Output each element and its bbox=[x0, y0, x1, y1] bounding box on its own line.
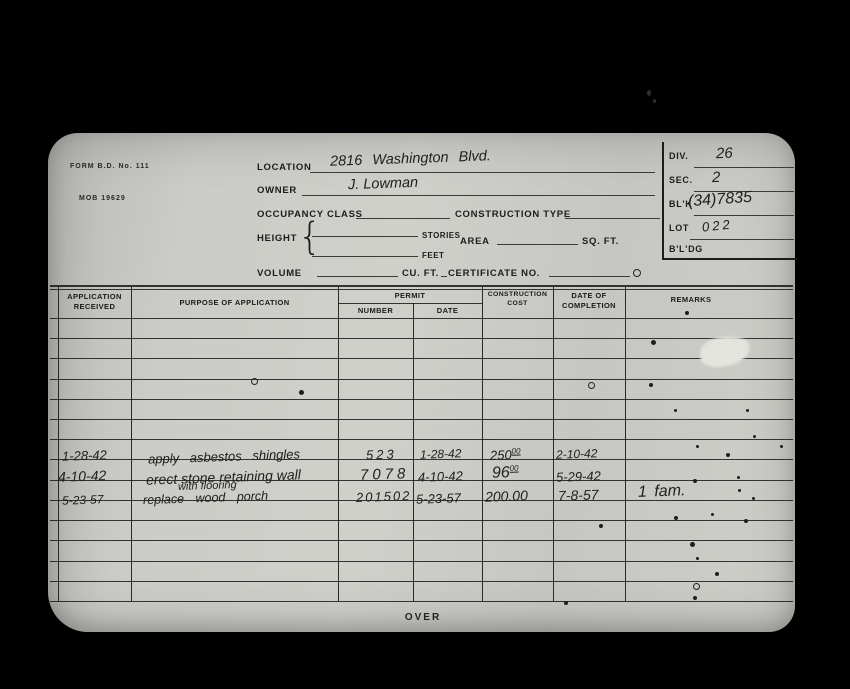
col-header-purpose: PURPOSE OF APPLICATION bbox=[131, 298, 338, 308]
table-vline bbox=[131, 287, 132, 601]
over-label: OVER bbox=[368, 612, 478, 623]
location-underline bbox=[310, 172, 655, 173]
row-rule bbox=[50, 338, 793, 339]
row-rule bbox=[50, 520, 793, 521]
col-header-permit: PERMIT bbox=[338, 291, 482, 301]
entry-permit-number: 7078 bbox=[360, 465, 410, 484]
certificate-underline bbox=[549, 276, 630, 277]
location-value: 2816 Washington Blvd. bbox=[330, 148, 491, 170]
entry-permit-date: 5-23-57 bbox=[416, 490, 461, 507]
entry-cost: 25000 bbox=[490, 446, 521, 462]
row-rule bbox=[50, 358, 793, 359]
table-top-rule2 bbox=[50, 289, 793, 290]
scan-blotch bbox=[698, 334, 752, 370]
row-rule bbox=[50, 419, 793, 420]
dust-speck bbox=[752, 497, 755, 500]
entry-permit-number: 523 bbox=[366, 446, 397, 462]
table-vline bbox=[58, 287, 59, 601]
entry-permit-date: 1-28-42 bbox=[420, 446, 462, 461]
table-top-rule bbox=[50, 285, 793, 287]
dust-speck bbox=[715, 572, 719, 576]
row-rule bbox=[50, 561, 793, 562]
dust-speck bbox=[746, 409, 749, 412]
area-label: AREA bbox=[460, 236, 490, 247]
permit-card: FORM B.D. No. 111 MOB 19629 LOCATION 281… bbox=[48, 133, 795, 632]
entry-cost: 200.00 bbox=[485, 487, 528, 504]
lot-underline bbox=[690, 239, 794, 240]
dust-speck bbox=[564, 601, 568, 605]
owner-value: J. Lowman bbox=[348, 175, 419, 193]
cert-dash bbox=[441, 276, 447, 277]
dust-speck bbox=[696, 445, 699, 448]
form-number-line2: MOB 19629 bbox=[79, 194, 150, 205]
row-rule bbox=[50, 540, 793, 541]
permit-sub-rule bbox=[338, 303, 482, 304]
construction-type-underline bbox=[565, 218, 660, 219]
entry-completion: 2-10-42 bbox=[556, 446, 598, 461]
dust-speck bbox=[649, 383, 653, 387]
dust-speck bbox=[690, 542, 695, 547]
form-number-line1: FORM B.D. No. 111 bbox=[70, 162, 150, 173]
row-rule bbox=[50, 439, 793, 440]
dust-speck bbox=[726, 453, 730, 457]
table-vline bbox=[413, 303, 414, 601]
stories-label: STORIES bbox=[422, 231, 460, 240]
dust-speck bbox=[693, 583, 700, 590]
col-header-application-received: APPLICATION RECEIVED bbox=[58, 292, 131, 312]
parcel-box: DIV. 26 SEC. 2 BL'K (34)7835 LOT 022 B'L… bbox=[662, 142, 797, 260]
feet-label: FEET bbox=[422, 251, 444, 260]
dust-speck bbox=[251, 378, 258, 385]
dust-speck bbox=[753, 435, 756, 438]
owner-label: OWNER bbox=[257, 185, 297, 196]
div-underline bbox=[694, 167, 794, 168]
col-header-date: DATE bbox=[413, 306, 482, 316]
entry-permit-date: 4-10-42 bbox=[418, 468, 463, 485]
dust-speck bbox=[693, 479, 697, 483]
dust-speck bbox=[737, 476, 740, 479]
volume-label: VOLUME bbox=[257, 268, 302, 279]
dust-speck bbox=[693, 596, 697, 600]
volume-underline bbox=[317, 276, 398, 277]
sec-label: SEC. bbox=[669, 175, 693, 185]
dust-speck bbox=[744, 519, 748, 523]
dust-speck bbox=[738, 489, 741, 492]
row-rule bbox=[50, 581, 793, 582]
table-vline bbox=[482, 287, 483, 601]
lot-value: 022 bbox=[701, 216, 733, 234]
entry-permit-number: 201502 bbox=[356, 488, 412, 505]
col-header-number: NUMBER bbox=[338, 306, 413, 316]
film-speck bbox=[653, 99, 656, 103]
sec-value: 2 bbox=[712, 169, 721, 186]
dust-speck bbox=[674, 409, 677, 412]
cu-ft-label: CU. FT. bbox=[402, 268, 439, 279]
bldg-label: B'L'DG bbox=[669, 244, 703, 254]
construction-type-label: CONSTRUCTION TYPE bbox=[455, 209, 571, 220]
entry-completion: 5-29-42 bbox=[556, 468, 601, 485]
dust-speck bbox=[299, 390, 304, 395]
entry-purpose: replace wood porch bbox=[143, 489, 269, 507]
entry-received: 4-10-42 bbox=[58, 467, 107, 485]
table-vline bbox=[338, 287, 339, 601]
div-label: DIV. bbox=[669, 151, 688, 161]
entry-completion: 7-8-57 bbox=[558, 486, 599, 503]
table-bottom-rule bbox=[50, 601, 793, 602]
entry-remarks: 1 fam. bbox=[638, 482, 686, 502]
blk-value: (34)7835 bbox=[687, 189, 752, 211]
entry-received: 5-23-57 bbox=[62, 492, 104, 507]
occupancy-underline bbox=[356, 218, 450, 219]
microfilm-scan: FORM B.D. No. 111 MOB 19629 LOCATION 281… bbox=[0, 0, 850, 689]
feet-underline bbox=[312, 256, 418, 257]
dust-speck bbox=[599, 524, 603, 528]
col-header-construction-cost: CONSTRUCTION COST bbox=[484, 291, 551, 309]
height-label: HEIGHT bbox=[257, 233, 297, 244]
dust-speck bbox=[674, 516, 678, 520]
col-header-date-of-completion: DATE OF COMPLETION bbox=[555, 291, 623, 311]
dust-speck bbox=[780, 445, 783, 448]
table-vline bbox=[625, 287, 626, 601]
col-header-remarks: REMARKS bbox=[625, 295, 757, 305]
blk-underline bbox=[694, 215, 794, 216]
form-number: FORM B.D. No. 111 MOB 19629 bbox=[70, 141, 150, 225]
stories-underline bbox=[312, 236, 418, 237]
area-underline bbox=[497, 244, 578, 245]
owner-underline bbox=[302, 195, 655, 196]
header-bottom-rule bbox=[50, 318, 793, 319]
dust-speck bbox=[685, 311, 689, 315]
div-value: 26 bbox=[716, 145, 733, 163]
sq-ft-label: SQ. FT. bbox=[582, 236, 619, 247]
dust-speck bbox=[588, 382, 595, 389]
dust-speck bbox=[651, 340, 656, 345]
entry-received: 1-28-42 bbox=[62, 447, 107, 464]
lot-label: LOT bbox=[669, 223, 689, 233]
row-rule bbox=[50, 399, 793, 400]
stamp-dot-icon bbox=[633, 269, 641, 277]
entry-purpose: apply asbestos shingles bbox=[148, 446, 300, 466]
entry-cost: 9600 bbox=[492, 464, 519, 483]
row-rule bbox=[50, 379, 793, 380]
table-vline bbox=[553, 287, 554, 601]
dust-speck bbox=[696, 557, 699, 560]
film-speck bbox=[647, 90, 651, 96]
dust-speck bbox=[711, 513, 714, 516]
certificate-no-label: CERTIFICATE NO. bbox=[448, 268, 540, 279]
location-label: LOCATION bbox=[257, 162, 312, 173]
